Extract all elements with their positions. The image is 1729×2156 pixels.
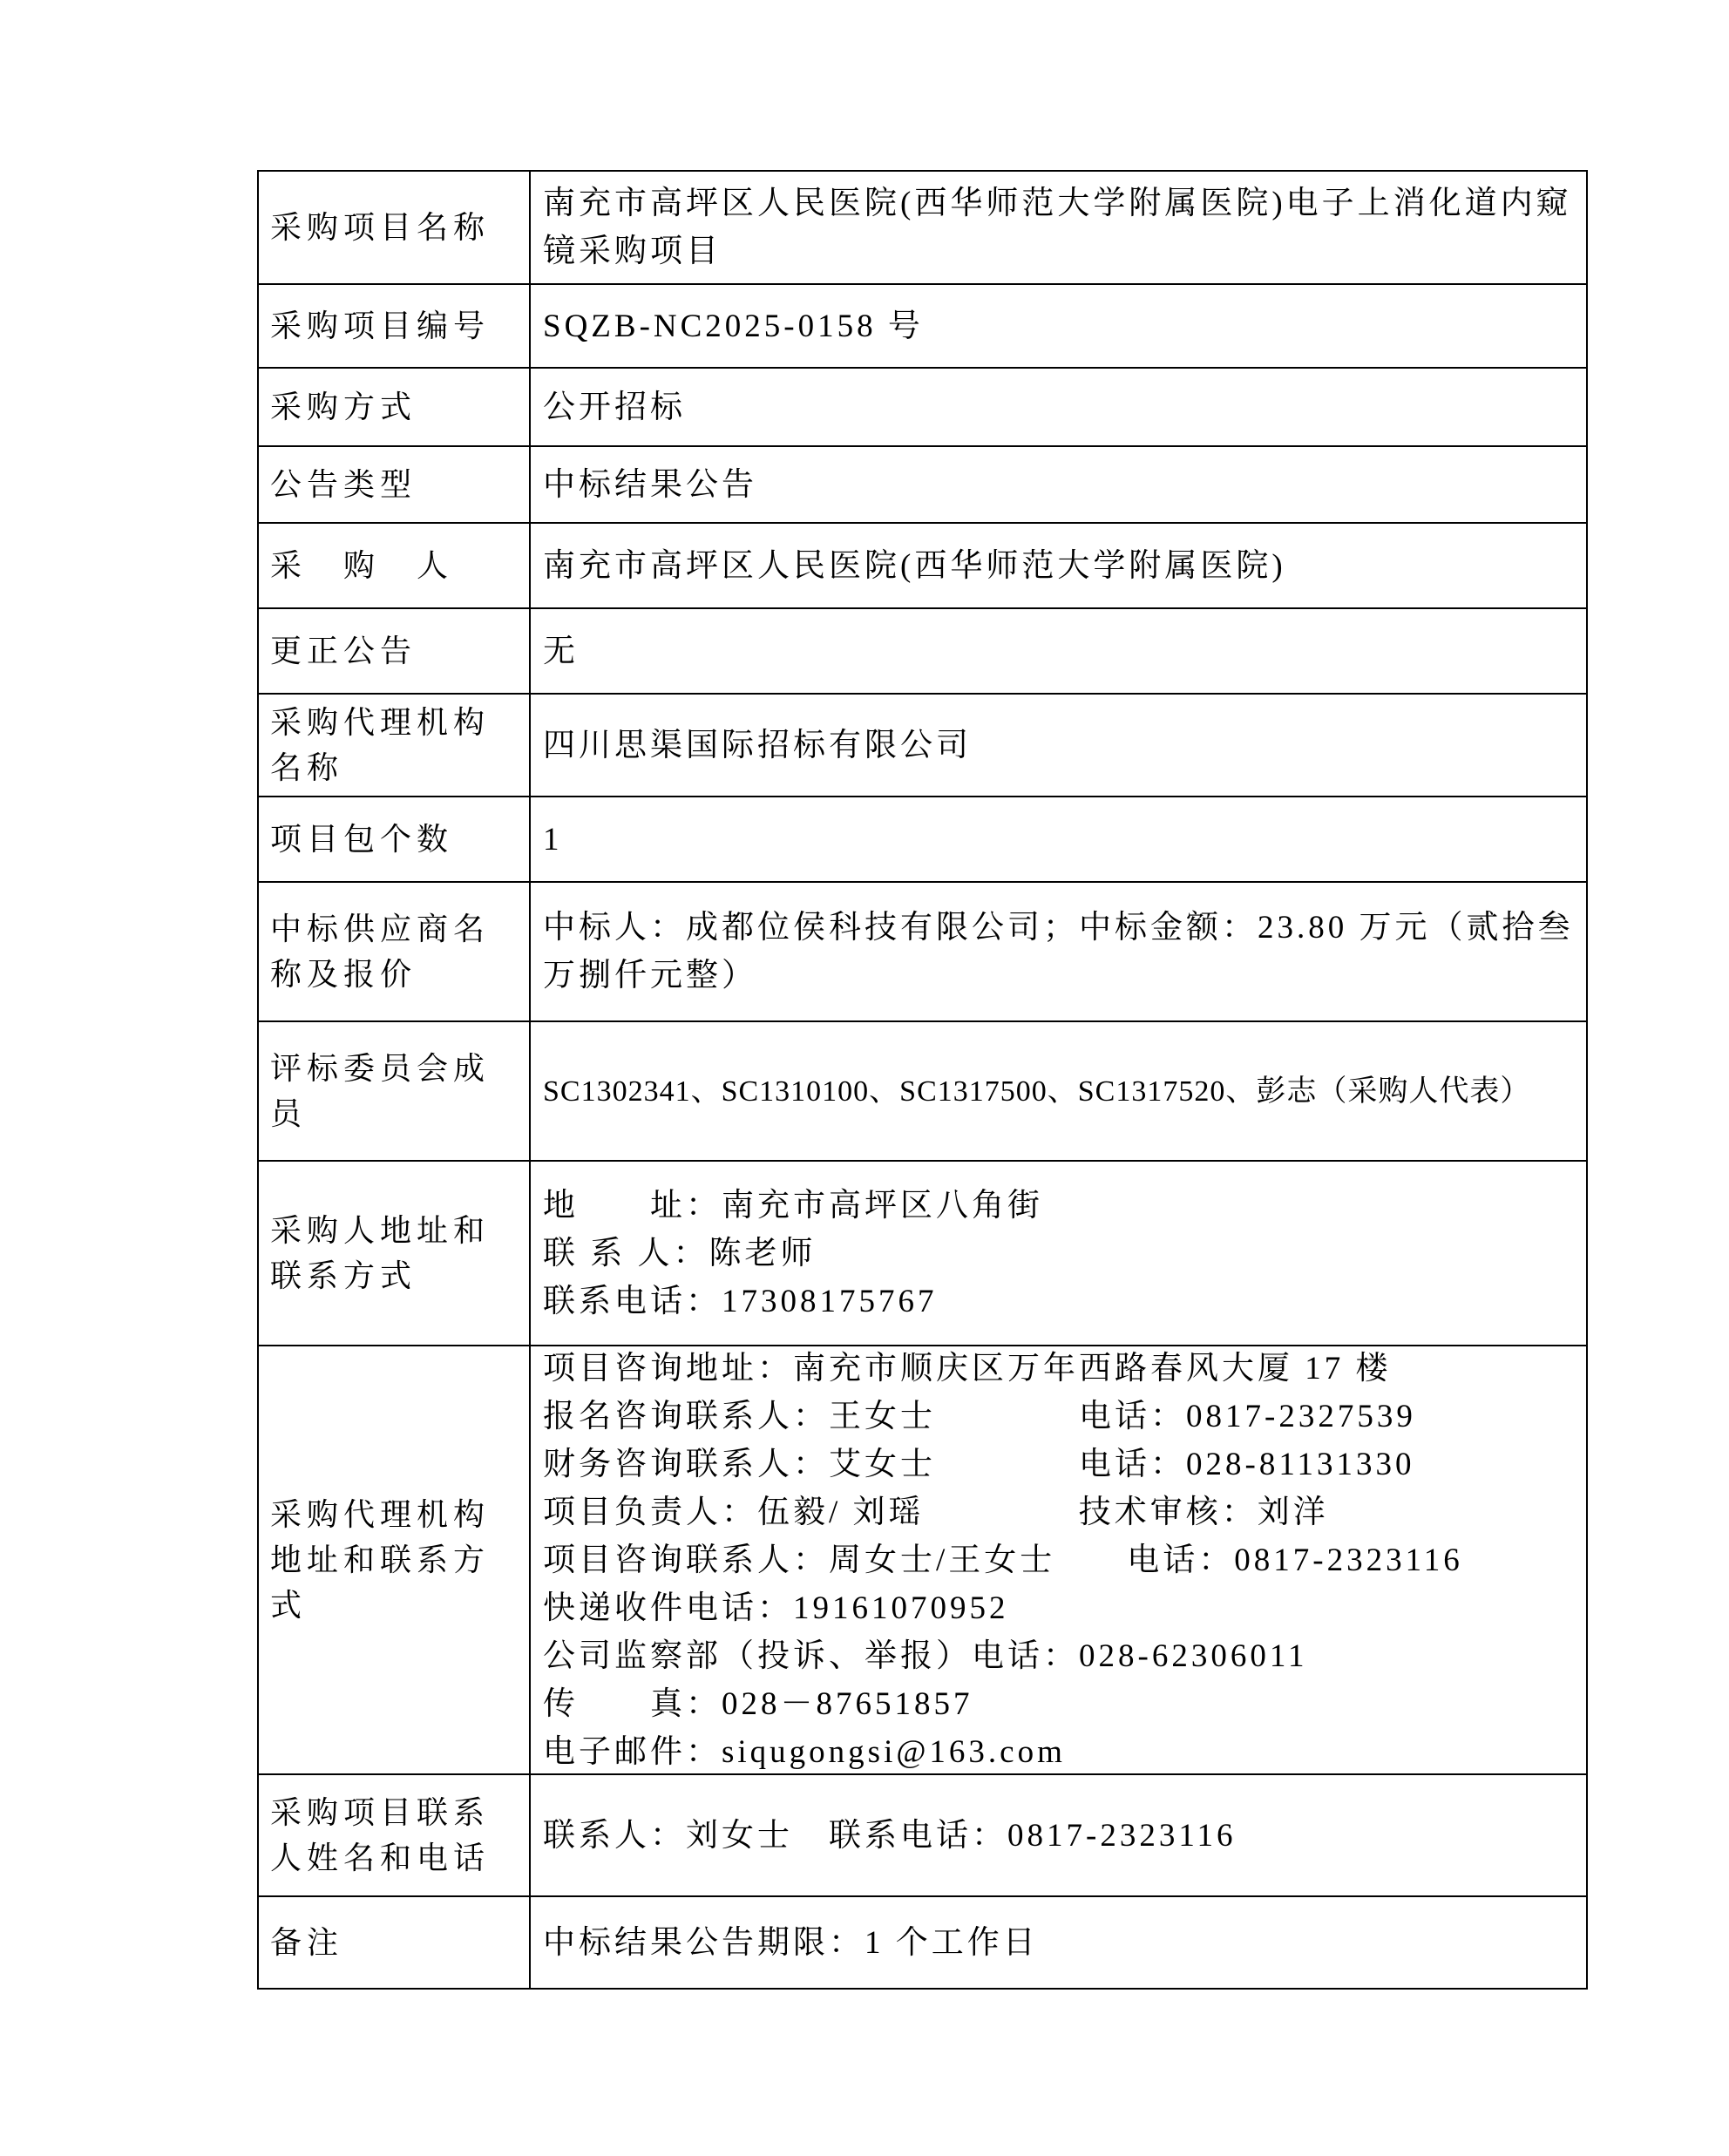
row-winning-supplier: 中标供应商名称及报价 中标人：成都位侯科技有限公司；中标金额：23.80 万元（… [259, 883, 1586, 1022]
value-announcement-type: 中标结果公告 [531, 447, 1586, 522]
row-announcement-type: 公告类型 中标结果公告 [259, 447, 1586, 524]
row-procurement-method: 采购方式 公开招标 [259, 369, 1586, 447]
label-purchaser-contact: 采购人地址和联系方式 [259, 1162, 531, 1345]
label-evaluation-committee: 评标委员会成员 [259, 1022, 531, 1160]
value-purchaser: 南充市高坪区人民医院(西华师范大学附属医院) [531, 524, 1586, 607]
value-package-count: 1 [531, 797, 1586, 881]
row-remarks: 备注 中标结果公告期限：1 个工作日 [259, 1897, 1586, 1988]
value-remarks: 中标结果公告期限：1 个工作日 [531, 1897, 1586, 1988]
row-agency-contact: 采购代理机构地址和联系方式 项目咨询地址：南充市顺庆区万年西路春风大厦 17 楼… [259, 1346, 1586, 1775]
label-procurement-method: 采购方式 [259, 369, 531, 445]
row-purchaser: 采 购 人 南充市高坪区人民医院(西华师范大学附属医院) [259, 524, 1586, 609]
value-project-contact: 联系人：刘女士 联系电话：0817-2323116 [531, 1775, 1586, 1895]
label-announcement-type: 公告类型 [259, 447, 531, 522]
label-agency-contact: 采购代理机构地址和联系方式 [259, 1346, 531, 1773]
label-correction-announcement: 更正公告 [259, 609, 531, 693]
label-remarks: 备注 [259, 1897, 531, 1988]
row-purchaser-contact: 采购人地址和联系方式 地 址：南充市高坪区八角街 联 系 人：陈老师 联系电话：… [259, 1162, 1586, 1346]
label-project-number: 采购项目编号 [259, 285, 531, 367]
value-project-number: SQZB-NC2025-0158 号 [531, 285, 1586, 367]
row-evaluation-committee: 评标委员会成员 SC1302341、SC1310100、SC1317500、SC… [259, 1022, 1586, 1162]
row-project-name: 采购项目名称 南充市高坪区人民医院(西华师范大学附属医院)电子上消化道内窥镜采购… [259, 172, 1586, 285]
value-procurement-method: 公开招标 [531, 369, 1586, 445]
value-project-name: 南充市高坪区人民医院(西华师范大学附属医院)电子上消化道内窥镜采购项目 [531, 172, 1586, 283]
label-project-name: 采购项目名称 [259, 172, 531, 283]
value-agency-contact: 项目咨询地址：南充市顺庆区万年西路春风大厦 17 楼 报名咨询联系人：王女士 电… [531, 1346, 1586, 1773]
label-purchaser: 采 购 人 [259, 524, 531, 607]
label-winning-supplier: 中标供应商名称及报价 [259, 883, 531, 1020]
value-winning-supplier: 中标人：成都位侯科技有限公司；中标金额：23.80 万元（贰拾叁万捌仟元整） [531, 883, 1586, 1020]
value-evaluation-committee: SC1302341、SC1310100、SC1317500、SC1317520、… [531, 1022, 1586, 1160]
label-project-contact: 采购项目联系人姓名和电话 [259, 1775, 531, 1895]
row-project-contact: 采购项目联系人姓名和电话 联系人：刘女士 联系电话：0817-2323116 [259, 1775, 1586, 1897]
label-package-count: 项目包个数 [259, 797, 531, 881]
value-purchaser-contact: 地 址：南充市高坪区八角街 联 系 人：陈老师 联系电话：17308175767 [531, 1162, 1586, 1345]
label-agency-name: 采购代理机构名称 [259, 695, 531, 796]
value-correction-announcement: 无 [531, 609, 1586, 693]
row-project-number: 采购项目编号 SQZB-NC2025-0158 号 [259, 285, 1586, 369]
procurement-announcement-table: 采购项目名称 南充市高坪区人民医院(西华师范大学附属医院)电子上消化道内窥镜采购… [257, 170, 1588, 1990]
row-correction-announcement: 更正公告 无 [259, 609, 1586, 695]
row-package-count: 项目包个数 1 [259, 797, 1586, 883]
value-agency-name: 四川思渠国际招标有限公司 [531, 695, 1586, 796]
row-agency-name: 采购代理机构名称 四川思渠国际招标有限公司 [259, 695, 1586, 797]
